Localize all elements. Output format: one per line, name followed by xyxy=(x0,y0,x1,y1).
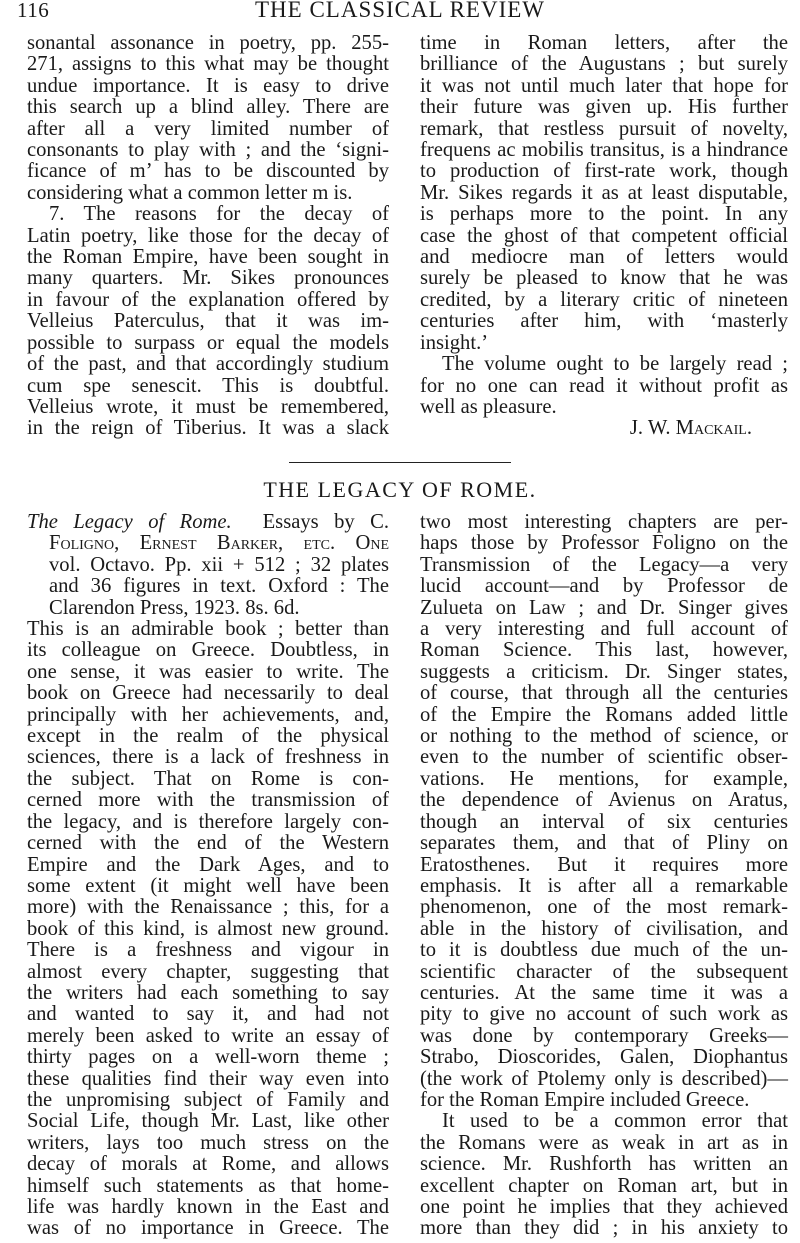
text-line: cerned with the end of the Western xyxy=(27,833,389,854)
journal-title: THE CLASSICAL REVIEW xyxy=(0,0,800,23)
text-line: 7. The reasons for the decay of xyxy=(27,204,389,225)
text-line: book on Greece had necessarily to deal xyxy=(27,683,389,704)
text-line: Velleius wrote, it must be remembered, xyxy=(27,397,389,418)
bottom-left-column: The Legacy of Rome. Essays by C. Foligno… xyxy=(27,512,389,1240)
text-line: The volume ought to be largely read ; xyxy=(420,354,788,375)
text-line: the dependence of Avienus on Aratus, xyxy=(420,790,788,811)
text-line: to production of first-rate work, though xyxy=(420,161,788,182)
text-line: Zulueta on Law ; and Dr. Singer gives xyxy=(420,598,788,619)
text-line: remark, that restless pursuit of novelty… xyxy=(420,119,788,140)
text-line: more) with the Renaissance ; this, for a xyxy=(27,897,389,918)
text-line: Strabo, Dioscorides, Galen, Diophantus xyxy=(420,1047,788,1068)
text-line: book of this kind, is almost new ground. xyxy=(27,919,389,940)
text-line: Velleius Paterculus, that it was im- xyxy=(27,311,389,332)
text-line: cum spe senescit. This is doubtful. xyxy=(27,376,389,397)
text-line: Transmission of the Legacy—a very xyxy=(420,555,788,576)
bibliographic-entry: The Legacy of Rome. Essays by C. Foligno… xyxy=(27,512,389,619)
text-line: is perhaps more to the point. In any xyxy=(420,204,788,225)
text-line: suggests a criticism. Dr. Singer states, xyxy=(420,662,788,683)
text-line: ficance of m’ has to be discounted by xyxy=(27,161,389,182)
text-line: Roman Science. This last, however, xyxy=(420,640,788,661)
text-line: Social Life, though Mr. Last, like other xyxy=(27,1111,389,1132)
text-line: Mr. Sikes regards it as at least disputa… xyxy=(420,183,788,204)
text-line: the Roman Empire, have been sought in xyxy=(27,247,389,268)
text-line: except in the realm of the physical xyxy=(27,726,389,747)
text-line: There is a freshness and vigour in xyxy=(27,940,389,961)
text-line: of the past, and that accordingly studiu… xyxy=(27,354,389,375)
text-line: It used to be a common error that xyxy=(420,1111,788,1132)
text-line: brilliance of the Augustans ; but surely xyxy=(420,54,788,75)
text-line: scientific character of the subsequent xyxy=(420,962,788,983)
bib-first-line: The Legacy of Rome. Essays by C. xyxy=(27,512,389,533)
text-line: to it is doubtless due much of the un- xyxy=(420,940,788,961)
bib-text: Essays by C. xyxy=(263,511,389,533)
text-line: these qualities find their way even into xyxy=(27,1069,389,1090)
text-line: almost every chapter, suggesting that xyxy=(27,962,389,983)
text-line: the unpromising subject of Family and xyxy=(27,1090,389,1111)
text-line: merely been asked to write an essay of xyxy=(27,1026,389,1047)
text-line: Empire and the Dark Ages, and to xyxy=(27,855,389,876)
text-line: of course, that through all the centurie… xyxy=(420,683,788,704)
running-head: 116 THE CLASSICAL REVIEW xyxy=(0,0,800,28)
text-line: haps those by Professor Foligno on the xyxy=(420,533,788,554)
text-line: in the reign of Tiberius. It was a slack xyxy=(27,418,389,439)
text-line: science. Mr. Rushforth has written an xyxy=(420,1154,788,1175)
text-line: was of no importance in Greece. The xyxy=(27,1218,389,1239)
text-line: credited, by a literary critic of ninete… xyxy=(420,290,788,311)
text-line: sonantal assonance in poetry, pp. 255- xyxy=(27,33,389,54)
text-line: undue importance. It is easy to drive xyxy=(27,76,389,97)
text-line: though an interval of six centuries xyxy=(420,812,788,833)
text-line: considering what a common letter m is. xyxy=(27,183,389,204)
text-line: well as pleasure. xyxy=(420,397,788,418)
text-line: even to the number of scientific obser- xyxy=(420,747,788,768)
text-line: Latin poetry, like those for the decay o… xyxy=(27,226,389,247)
text-line: the writers had each something to say xyxy=(27,983,389,1004)
text-line: excellent chapter on Roman art, but in xyxy=(420,1176,788,1197)
text-line: life was hardly known in the East and xyxy=(27,1197,389,1218)
bib-line: Clarendon Press, 1923. 8s. 6d. xyxy=(27,598,389,619)
text-line: two most interesting chapters are per- xyxy=(420,512,788,533)
author-signature: J. W. Mackail. xyxy=(420,418,788,439)
text-line: a very interesting and full account of xyxy=(420,619,788,640)
text-line: himself such statements as that home- xyxy=(27,1176,389,1197)
text-line: thirty pages on a well-worn theme ; xyxy=(27,1047,389,1068)
text-line: Eratosthenes. But it requires more xyxy=(420,855,788,876)
text-line: decay of morals at Rome, and allows xyxy=(27,1154,389,1175)
text-line: This is an admirable book ; better than xyxy=(27,619,389,640)
text-line: emphasis. It is after all a remarkable xyxy=(420,876,788,897)
text-line: the Romans were as weak in art as in xyxy=(420,1133,788,1154)
text-line: 271, assigns to this what may be thought xyxy=(27,54,389,75)
text-line: lucid account—and by Professor de xyxy=(420,576,788,597)
text-line: the subject. That on Rome is con- xyxy=(27,769,389,790)
text-line: some extent (it might well have been xyxy=(27,876,389,897)
text-line: insight.’ xyxy=(420,333,788,354)
text-line: centuries after him, with ‘masterly xyxy=(420,311,788,332)
book-title: The Legacy of Rome. xyxy=(27,511,232,533)
text-line: of the Empire the Romans added little xyxy=(420,705,788,726)
bib-line: vol. Octavo. Pp. xii + 512 ; 32 plates xyxy=(27,555,389,576)
text-line: sciences, there is a lack of freshness i… xyxy=(27,747,389,768)
text-line: in favour of the explanation offered by xyxy=(27,290,389,311)
text-line: surely be pleased to know that he was xyxy=(420,268,788,289)
bib-line: Foligno, Ernest Barker, etc. One xyxy=(27,533,389,554)
text-line: separates them, and that of Pliny on xyxy=(420,833,788,854)
text-line: for no one can read it without profit as xyxy=(420,376,788,397)
text-line: and mediocre man of letters would xyxy=(420,247,788,268)
text-line: case the ghost of that competent officia… xyxy=(420,226,788,247)
text-line: (the work of Ptolemy only is described)— xyxy=(420,1069,788,1090)
text-line: after all a very limited number of xyxy=(27,119,389,140)
text-line: the legacy, and is therefore largely con… xyxy=(27,812,389,833)
top-left-column: sonantal assonance in poetry, pp. 255- 2… xyxy=(27,33,389,440)
bib-line: and 36 figures in text. Oxford : The xyxy=(27,576,389,597)
text-line: phenomenon, one of the most remark- xyxy=(420,897,788,918)
text-line: pity to give no account of such work as xyxy=(420,1004,788,1025)
text-line: able in the history of civilisation, and xyxy=(420,919,788,940)
bottom-right-column: two most interesting chapters are per- h… xyxy=(420,512,788,1240)
text-line: and wanted to say it, and had not xyxy=(27,1004,389,1025)
text-line: their future was given up. His further xyxy=(420,97,788,118)
text-line: one point he implies that they achieved xyxy=(420,1197,788,1218)
text-line: consonants to play with ; and the ‘signi… xyxy=(27,140,389,161)
text-line: writers, lays too much stress on the xyxy=(27,1133,389,1154)
text-line: was done by contemporary Greeks— xyxy=(420,1026,788,1047)
text-line: principally with her achievements, and, xyxy=(27,705,389,726)
text-line: frequens ac mobilis transitus, is a hind… xyxy=(420,140,788,161)
text-line: for the Roman Empire included Greece. xyxy=(420,1090,788,1111)
text-line: vations. He mentions, for example, xyxy=(420,769,788,790)
text-line: one sense, it was easier to write. The xyxy=(27,662,389,683)
text-line: many quarters. Mr. Sikes pronounces xyxy=(27,268,389,289)
section-heading: THE LEGACY OF ROME. xyxy=(0,477,800,503)
text-line: its colleague on Greece. Doubtless, in xyxy=(27,640,389,661)
section-divider xyxy=(289,462,511,463)
top-right-column: time in Roman letters, after the brillia… xyxy=(420,33,788,440)
text-line: more than they did ; in his anxiety to xyxy=(420,1218,788,1239)
text-line: this search up a blind alley. There are xyxy=(27,97,389,118)
text-line: time in Roman letters, after the xyxy=(420,33,788,54)
text-line: cerned more with the transmission of xyxy=(27,790,389,811)
text-line: or nothing to the method of science, or xyxy=(420,726,788,747)
text-line: possible to surpass or equal the models xyxy=(27,333,389,354)
text-line: it was not until much later that hope fo… xyxy=(420,76,788,97)
text-line: centuries. At the same time it was a xyxy=(420,983,788,1004)
